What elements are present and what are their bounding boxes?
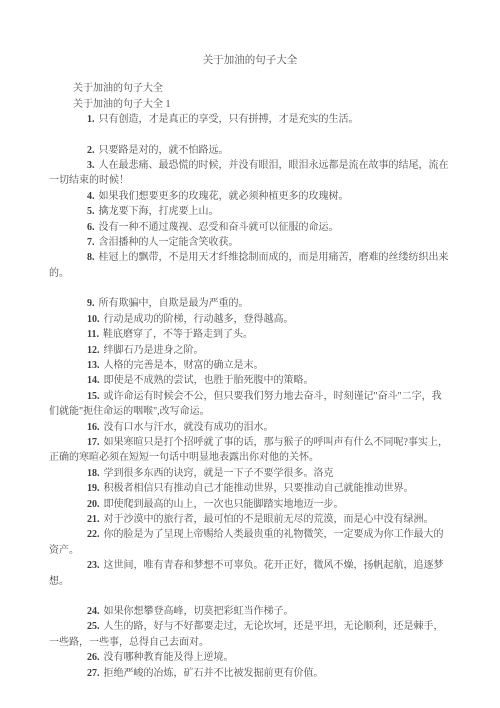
item-number: 22. [87,529,100,540]
list-item: 23.这世间，唯有青春和梦想不可辜负。花开正好，微风不燥，扬帆起航，追逐梦想。 [49,558,451,589]
list-item: 13.人格的完善是本，财富的确立是末。 [49,358,451,373]
item-text: 人格的完善是本，财富的确立是末。 [104,360,264,371]
item-text: 只有创造，才是真正的享受，只有拼搏，才是充实的生活。 [99,114,359,125]
item-text: 没有口水与汗水，就没有成功的泪水。 [104,422,274,433]
item-number: 12. [87,345,100,356]
item-number: 21. [87,514,100,525]
list-item: 25.人生的路，好与不好都要走过，无论坎坷，还是平坦，无论顺利，还是棘手，一些路… [49,619,451,650]
item-text: 所有欺骗中，自欺是最为严重的。 [99,298,249,309]
item-number: 13. [87,360,100,371]
list-item: 26.没有哪种教育能及得上逆境。 [49,650,451,665]
document-page: 关于加油的句子大全 关于加油的句子大全 关于加油的句子大全 1 1.只有创造，才… [0,0,500,708]
item-text: 只要路是对的，就不怕路远。 [99,145,229,156]
list-item: 7.含泪播种的人一定能含笑收获。 [49,235,451,250]
list-item: 2.只要路是对的，就不怕路远。 [49,143,451,158]
list-item: 24.如果你想攀登高峰，切莫把彩虹当作梯子。 [49,604,451,619]
item-number: 16. [87,422,100,433]
item-number: 2. [87,145,95,156]
item-number: 4. [87,191,95,202]
item-text: 如果我们想要更多的玫瑰花，就必须种植更多的玫瑰树。 [99,191,349,202]
list-item: 9.所有欺骗中，自欺是最为严重的。 [49,296,451,311]
item-number: 10. [87,314,100,325]
item-number: 6. [87,222,95,233]
sentence-list: 1.只有创造，才是真正的享受，只有拼搏，才是充实的生活。2.只要路是对的，就不怕… [49,112,451,681]
list-item: 27.拒绝严峻的冶炼，矿石并不比被发掘前更有价值。 [49,666,451,681]
item-text: 鞋底磨穿了，不等于路走到了头。 [103,329,253,340]
list-item: 15.或许命运有时候会不公，但只要我们努力地去奋斗，时刻谨记"奋斗"二字，我们就… [49,389,451,420]
item-text: 没有哪种教育能及得上逆境。 [104,652,234,663]
item-number: 11. [87,329,99,340]
item-text: 这世间，唯有青春和梦想不可辜负。花开正好，微风不燥，扬帆起航，追逐梦想。 [49,560,444,586]
item-number: 3. [87,160,95,171]
item-number: 8. [87,252,95,263]
list-item: 22.你的脸是为了呈现上帝赐给人类最贵重的礼物微笑，一定要成为你工作最大的资产。 [49,527,451,558]
list-item: 11.鞋底磨穿了，不等于路走到了头。 [49,327,451,342]
item-text: 积极者相信只有推动自己才能推动世界，只要推动自己就能推动世界。 [104,483,414,494]
item-text: 你的脸是为了呈现上帝赐给人类最贵重的礼物微笑，一定要成为你工作最大的资产。 [49,529,444,555]
page-title: 关于加油的句子大全 [49,53,451,68]
item-text: 人在最悲痛、最恐慌的时候，并没有眼泪，眼泪永远都是流在故事的结尾，流在一切结束的… [49,160,449,186]
list-item: 18.学到很多东西的诀窍，就是一下子不要学很多。洛克 [49,466,451,481]
list-item: 5.擒龙要下海，打虎要上山。 [49,204,451,219]
item-number: 17. [87,437,100,448]
item-number: 24. [87,606,100,617]
item-number: 9. [87,298,95,309]
subtitle-1: 关于加油的句子大全 [49,81,451,96]
item-text: 如果寒暄只是打个招呼就了事的话，那与猴子的呼叫声有什么不同呢?事实上，正确的寒暄… [49,437,448,463]
item-text: 即使是不成熟的尝试，也胜于胎死腹中的策略。 [104,375,314,386]
item-number: 1. [87,114,95,125]
item-text: 没有一种不通过蔑视、忍受和奋斗就可以征服的命运。 [99,222,339,233]
item-text: 含泪播种的人一定能含笑收获。 [99,237,239,248]
item-text: 擒龙要下海，打虎要上山。 [99,206,219,217]
item-text: 绊脚石乃是进身之阶。 [104,345,204,356]
list-item: 10.行动是成功的阶梯，行动越多，登得越高。 [49,312,451,327]
item-number: 26. [87,652,100,663]
item-text: 行动是成功的阶梯，行动越多，登得越高。 [104,314,294,325]
item-text: 学到很多东西的诀窍，就是一下子不要学很多。洛克 [104,468,334,479]
item-text: 对于沙漠中的旅行者，最可怕的不是眼前无尽的荒漠，而是心中没有绿洲。 [104,514,434,525]
list-item: 3.人在最悲痛、最恐慌的时候，并没有眼泪，眼泪永远都是流在故事的结尾，流在一切结… [49,158,451,189]
item-number: 15. [87,391,100,402]
list-item: 8.桂冠上的飘带，不是用天才纤维捻制而成的，而是用痛苦，磨难的丝缕纺织出来的。 [49,250,451,281]
list-item: 12.绊脚石乃是进身之阶。 [49,343,451,358]
item-text: 人生的路，好与不好都要走过，无论坎坷，还是平坦，无论顺利，还是棘手，一些路，一些… [49,621,444,647]
list-item: 16.没有口水与汗水，就没有成功的泪水。 [49,420,451,435]
item-number: 23. [87,560,100,571]
list-item: 20.即使爬到最高的山上，一次也只能脚踏实地地迈一步。 [49,497,451,512]
item-number: 14. [87,375,100,386]
item-number: 20. [87,499,100,510]
item-text: 即使爬到最高的山上，一次也只能脚踏实地地迈一步。 [104,499,344,510]
item-text: 如果你想攀登高峰，切莫把彩虹当作梯子。 [104,606,294,617]
item-text: 或许命运有时候会不公，但只要我们努力地去奋斗，时刻谨记"奋斗"二字，我们就能"扼… [49,391,442,417]
list-item: 6.没有一种不通过蔑视、忍受和奋斗就可以征服的命运。 [49,220,451,235]
item-number: 5. [87,206,95,217]
item-text: 桂冠上的飘带，不是用天才纤维捻制而成的，而是用痛苦，磨难的丝缕纺织出来的。 [49,252,449,278]
list-item: 17.如果寒暄只是打个招呼就了事的话，那与猴子的呼叫声有什么不同呢?事实上，正确… [49,435,451,466]
list-item: 14.即使是不成熟的尝试，也胜于胎死腹中的策略。 [49,373,451,388]
list-item: 21.对于沙漠中的旅行者，最可怕的不是眼前无尽的荒漠，而是心中没有绿洲。 [49,512,451,527]
list-item: 19.积极者相信只有推动自己才能推动世界，只要推动自己就能推动世界。 [49,481,451,496]
item-text: 拒绝严峻的冶炼，矿石并不比被发掘前更有价值。 [104,668,324,679]
list-item: 4.如果我们想要更多的玫瑰花，就必须种植更多的玫瑰树。 [49,189,451,204]
item-number: 19. [87,483,100,494]
item-number: 25. [87,621,100,632]
item-number: 27. [87,668,100,679]
item-number: 7. [87,237,95,248]
subtitle-2: 关于加油的句子大全 1 [49,97,451,112]
item-number: 18. [87,468,100,479]
list-item: 1.只有创造，才是真正的享受，只有拼搏，才是充实的生活。 [49,112,451,127]
